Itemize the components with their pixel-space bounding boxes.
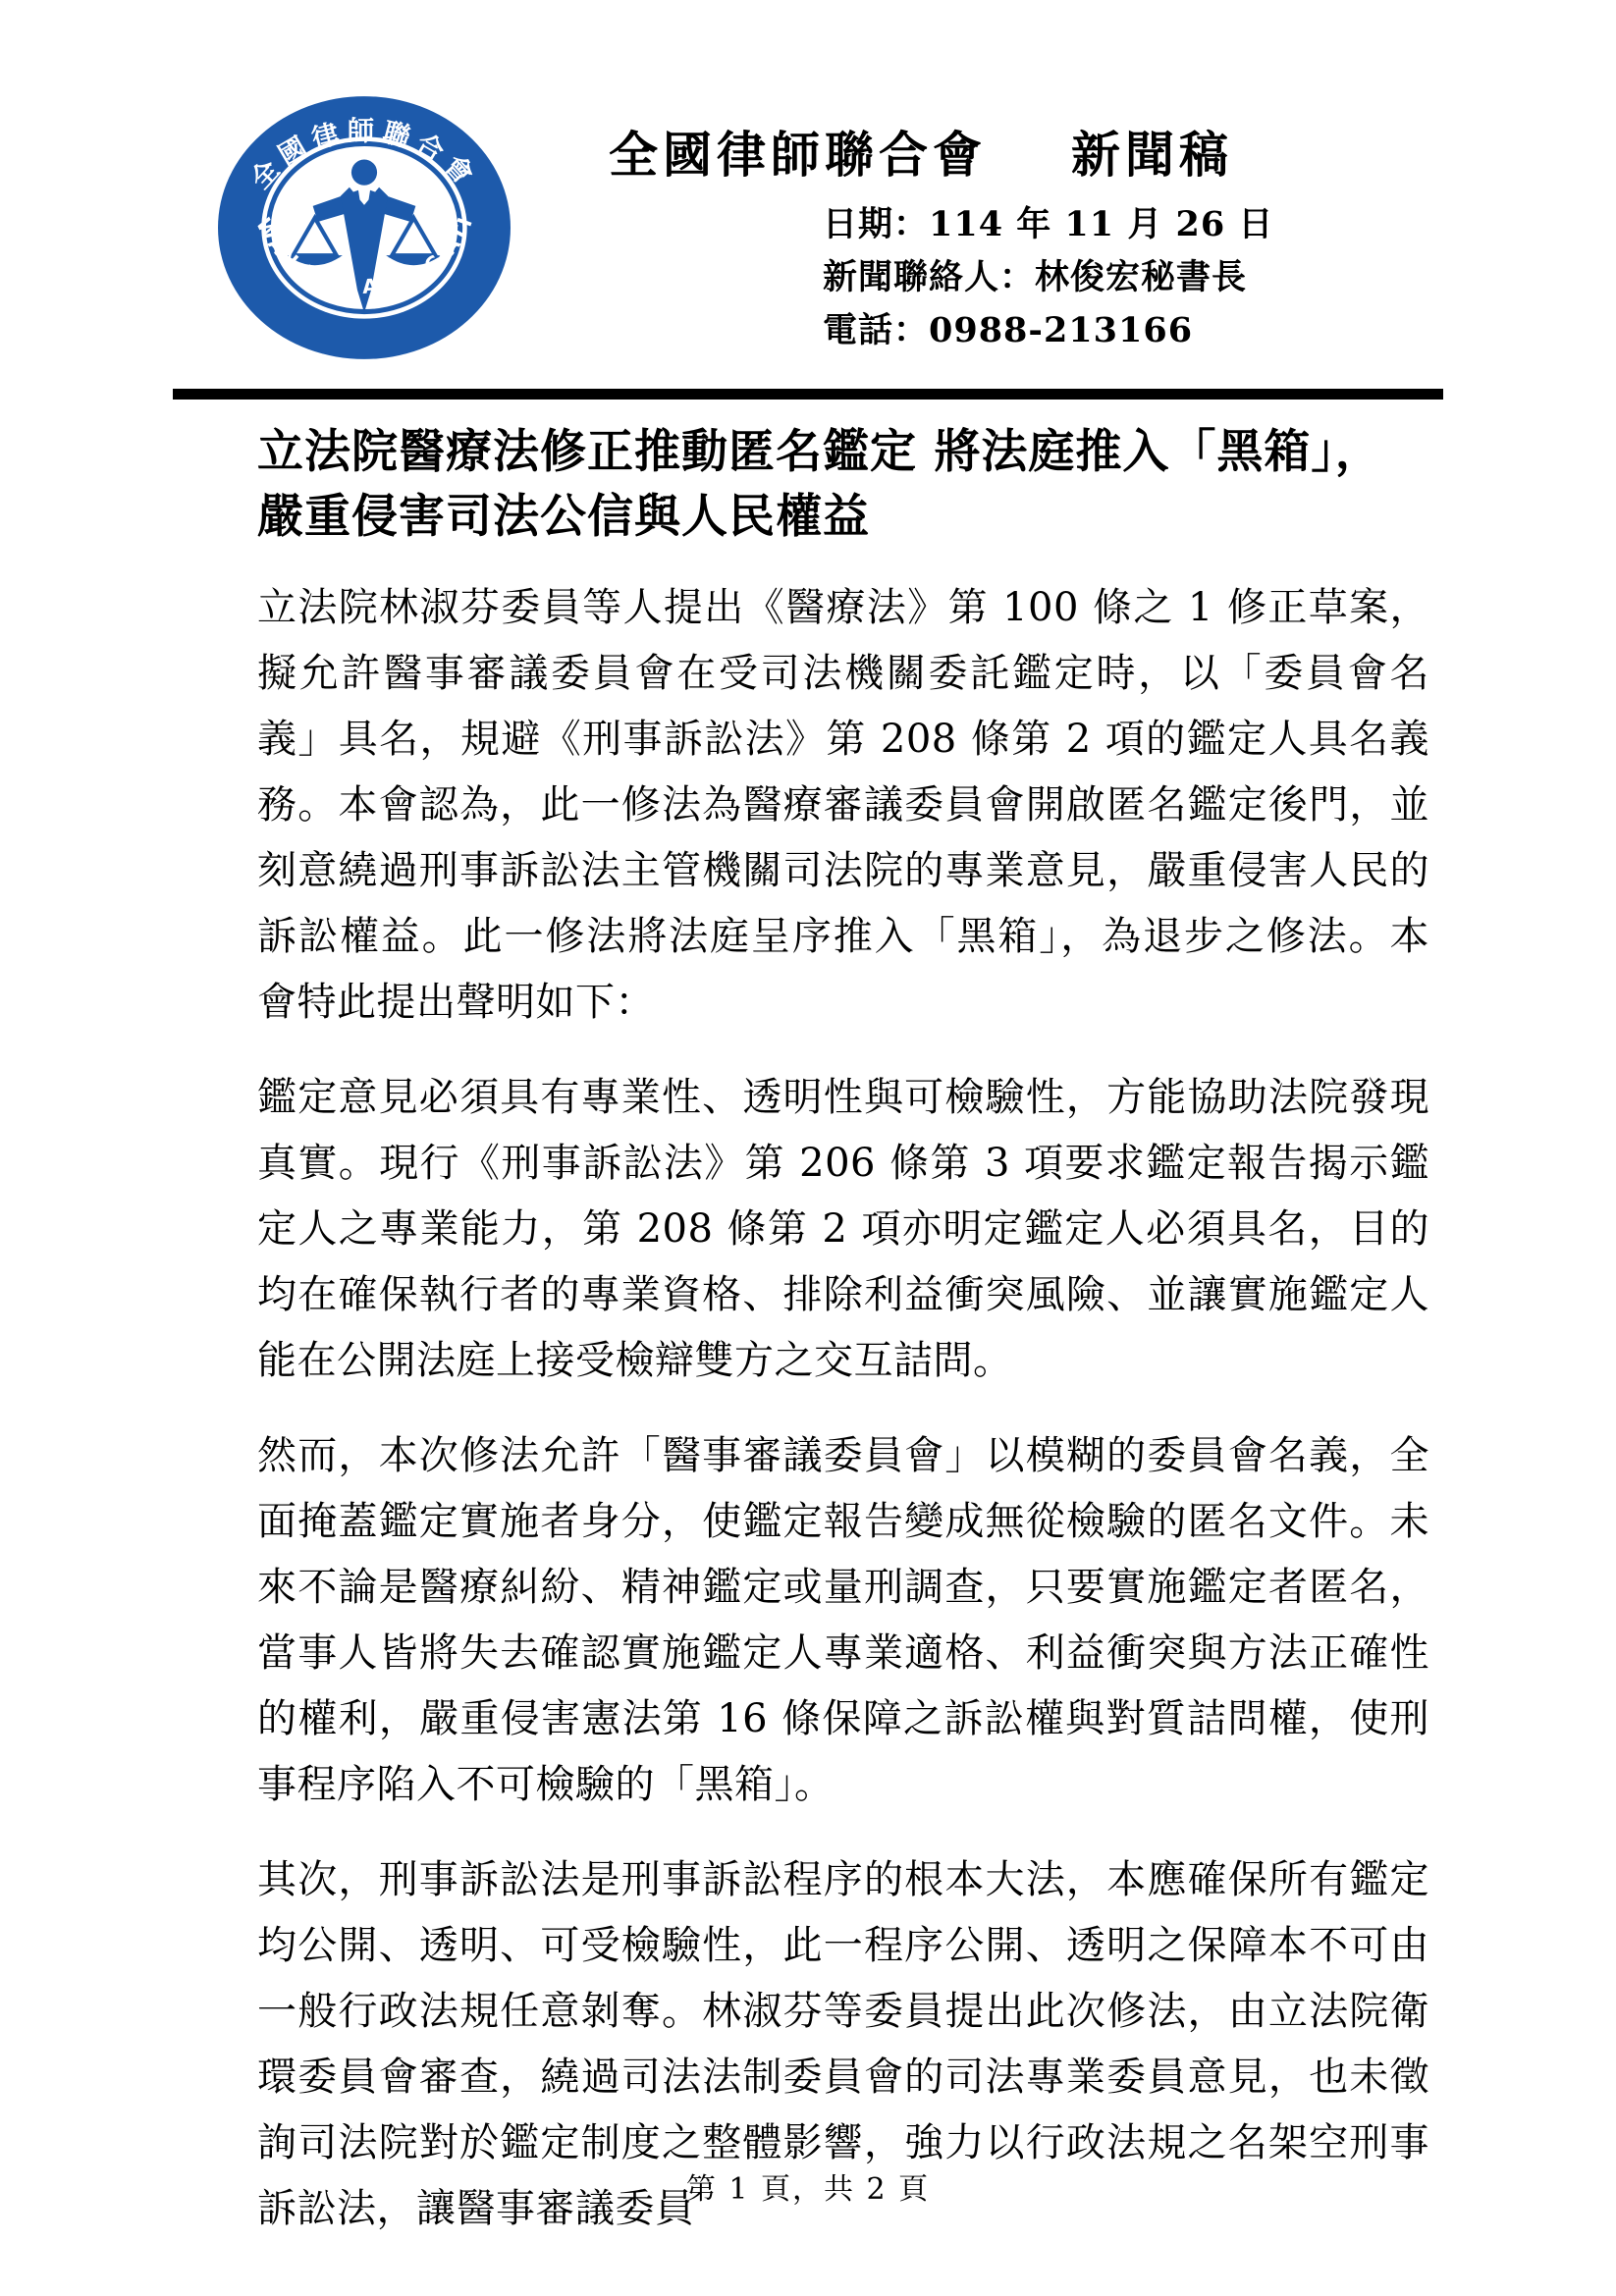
article-paragraph-3: 然而，本次修法允許「醫事審議委員會」以模糊的委員會名義，全面掩蓋鑑定實施者身分，… — [257, 1423, 1429, 1818]
article-paragraph-1: 立法院林淑芬委員等人提出《醫療法》第 100 條之 1 修正草案，擬允許醫事審議… — [257, 575, 1429, 1036]
taiwan-bar-association-logo: 全國律師聯合會 TAIWAN BAR ASSOCIATION — [216, 94, 512, 361]
masthead-info-block: 日期：114 年 11 月 26 日 新聞聯絡人：林俊宏秘書長 電話：0988-… — [823, 198, 1273, 357]
page-number-footer: 第 1 頁，共 2 頁 — [0, 2164, 1616, 2208]
press-release-page: { "brand_blue": "#1d5aab", "logo": { "to… — [0, 0, 1616, 2296]
date-line: 日期：114 年 11 月 26 日 — [823, 198, 1273, 251]
press-contact-line: 新聞聯絡人：林俊宏秘書長 — [823, 251, 1273, 304]
scales-of-justice-icon: 全國律師聯合會 TAIWAN BAR ASSOCIATION — [216, 94, 512, 361]
divider-rule — [173, 389, 1443, 400]
article-title: 立法院醫療法修正推動匿名鑑定 將法庭推入「黑箱」， 嚴重侵害司法公信與人民權益 — [257, 420, 1429, 550]
org-name: 全國律師聯合會 — [609, 126, 987, 184]
press-release-article: 立法院醫療法修正推動匿名鑑定 將法庭推入「黑箱」， 嚴重侵害司法公信與人民權益 … — [257, 420, 1429, 2271]
phone-line: 電話：0988-213166 — [823, 304, 1273, 357]
masthead-title: 全國律師聯合會新聞稿 — [609, 116, 1233, 187]
doc-type-label: 新聞稿 — [1071, 126, 1233, 184]
article-paragraph-2: 鑑定意見必須具有專業性、透明性與可檢驗性，方能協助法院發現真實。現行《刑事訴訟法… — [257, 1065, 1429, 1394]
